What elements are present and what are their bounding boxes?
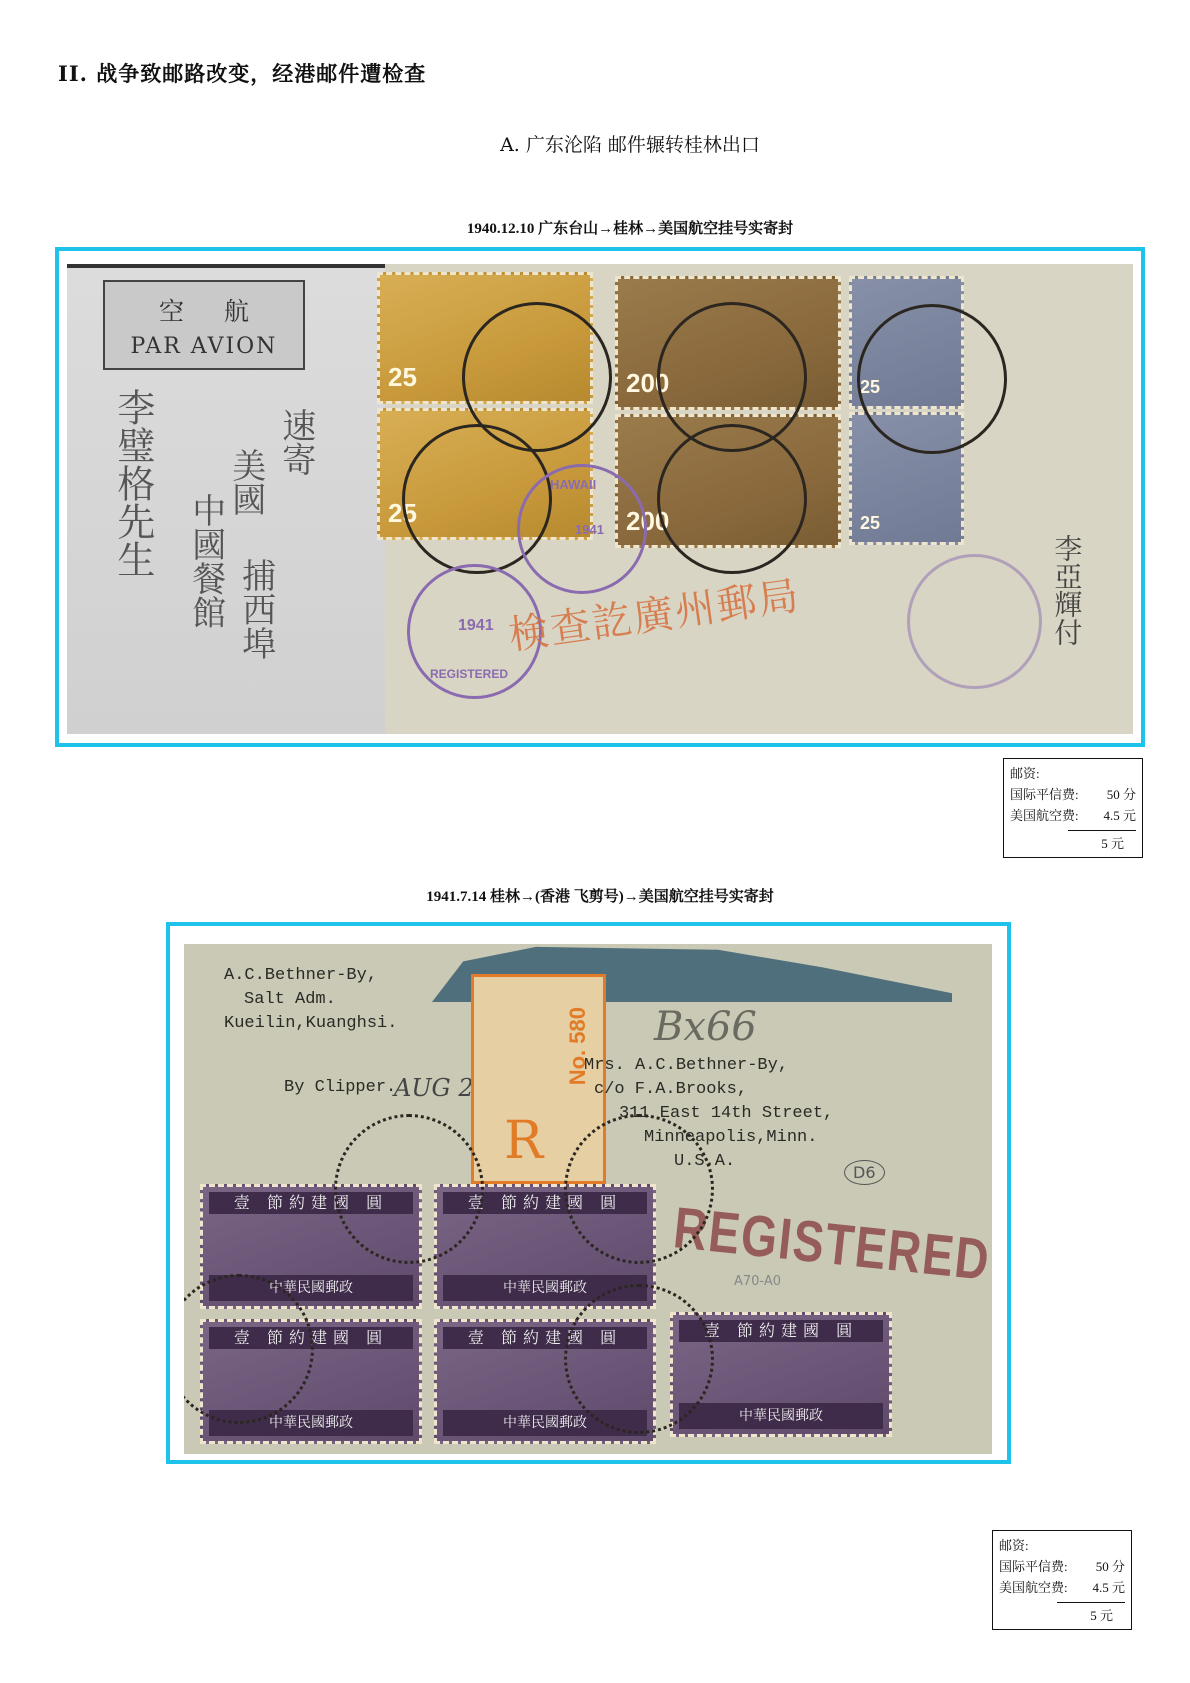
airmail-label-chinese: 空航 [105,292,303,328]
handwritten-pencil-note: A70-A0 [734,1274,781,1289]
handwriting-express: 速寄 [277,408,313,476]
postage-line-airmail: 美国航空费:4.5 元 [1010,805,1136,826]
cover-1-caption: 1940.12.10 广东台山→桂林→美国航空挂号实寄封 [0,217,1190,238]
postage-box-2: 邮资: 国际平信费:50 分 美国航空费:4.5 元 5 元 [992,1530,1132,1630]
postmark-kweilin [564,1114,714,1264]
postmark-taishan [857,304,1007,454]
registered-stamp: REGISTERED [670,1194,992,1294]
postmark-california [907,554,1042,689]
postage-divider [1068,830,1136,831]
airmail-label-french: PAR AVION [105,334,303,359]
cover-1-image: 空航 PAR AVION 速寄 美國 中國餐館 捕西埠 李璧格先生 25 25 … [67,264,1133,734]
postmark-kweilin [564,1284,714,1434]
cover-1-address-panel: 空航 PAR AVION 速寄 美國 中國餐館 捕西埠 李璧格先生 [67,264,385,734]
postage-title: 邮资: [999,1535,1125,1556]
handwriting-recipient-country: 美國 [227,448,263,516]
postmark-hawaii: HAWAII 1941 [517,464,647,594]
handwriting-city: 捕西埠 [237,558,273,660]
routing-instruction: By Clipper. [284,1076,396,1100]
airmail-label: 空航 PAR AVION [103,280,305,370]
postage-divider [1057,1602,1125,1603]
postage-title: 邮资: [1010,763,1136,784]
section-heading: II. 战争致邮路改变，经港邮件遭检查 [58,58,426,88]
registration-letter: R [504,1111,543,1171]
cover-2-caption: 1941.7.14 桂林→(香港 飞剪号)→美国航空挂号实寄封 [0,885,1190,906]
postage-line-domestic: 国际平信费:50 分 [1010,784,1136,805]
postage-total: 5 元 [1010,833,1136,854]
handwritten-note: Bx66 [654,1004,757,1050]
handwriting-signature: 李亞輝付 [1052,534,1081,646]
postmark-kweilin [334,1114,484,1264]
postage-line-domestic: 国际平信费:50 分 [999,1556,1125,1577]
handwriting-sender: 李璧格先生 [112,388,152,578]
postage-line-airmail: 美国航空费:4.5 元 [999,1577,1125,1598]
handwriting-recipient-name: 中國餐館 [187,493,223,629]
subsection-heading: A. 广东沦陷 邮件辗转桂林出口 [0,130,1190,157]
cover-2-image: A.C.Bethner-By,Salt Adm.Kueilin,Kuanghsi… [184,944,992,1454]
handwritten-circle-note: D6 [844,1160,885,1185]
sender-address: A.C.Bethner-By,Salt Adm.Kueilin,Kuanghsi… [224,964,397,1036]
postmark-taishan [657,424,807,574]
postage-total: 5 元 [999,1605,1125,1626]
postage-box-1: 邮资: 国际平信费:50 分 美国航空费:4.5 元 5 元 [1003,758,1143,858]
